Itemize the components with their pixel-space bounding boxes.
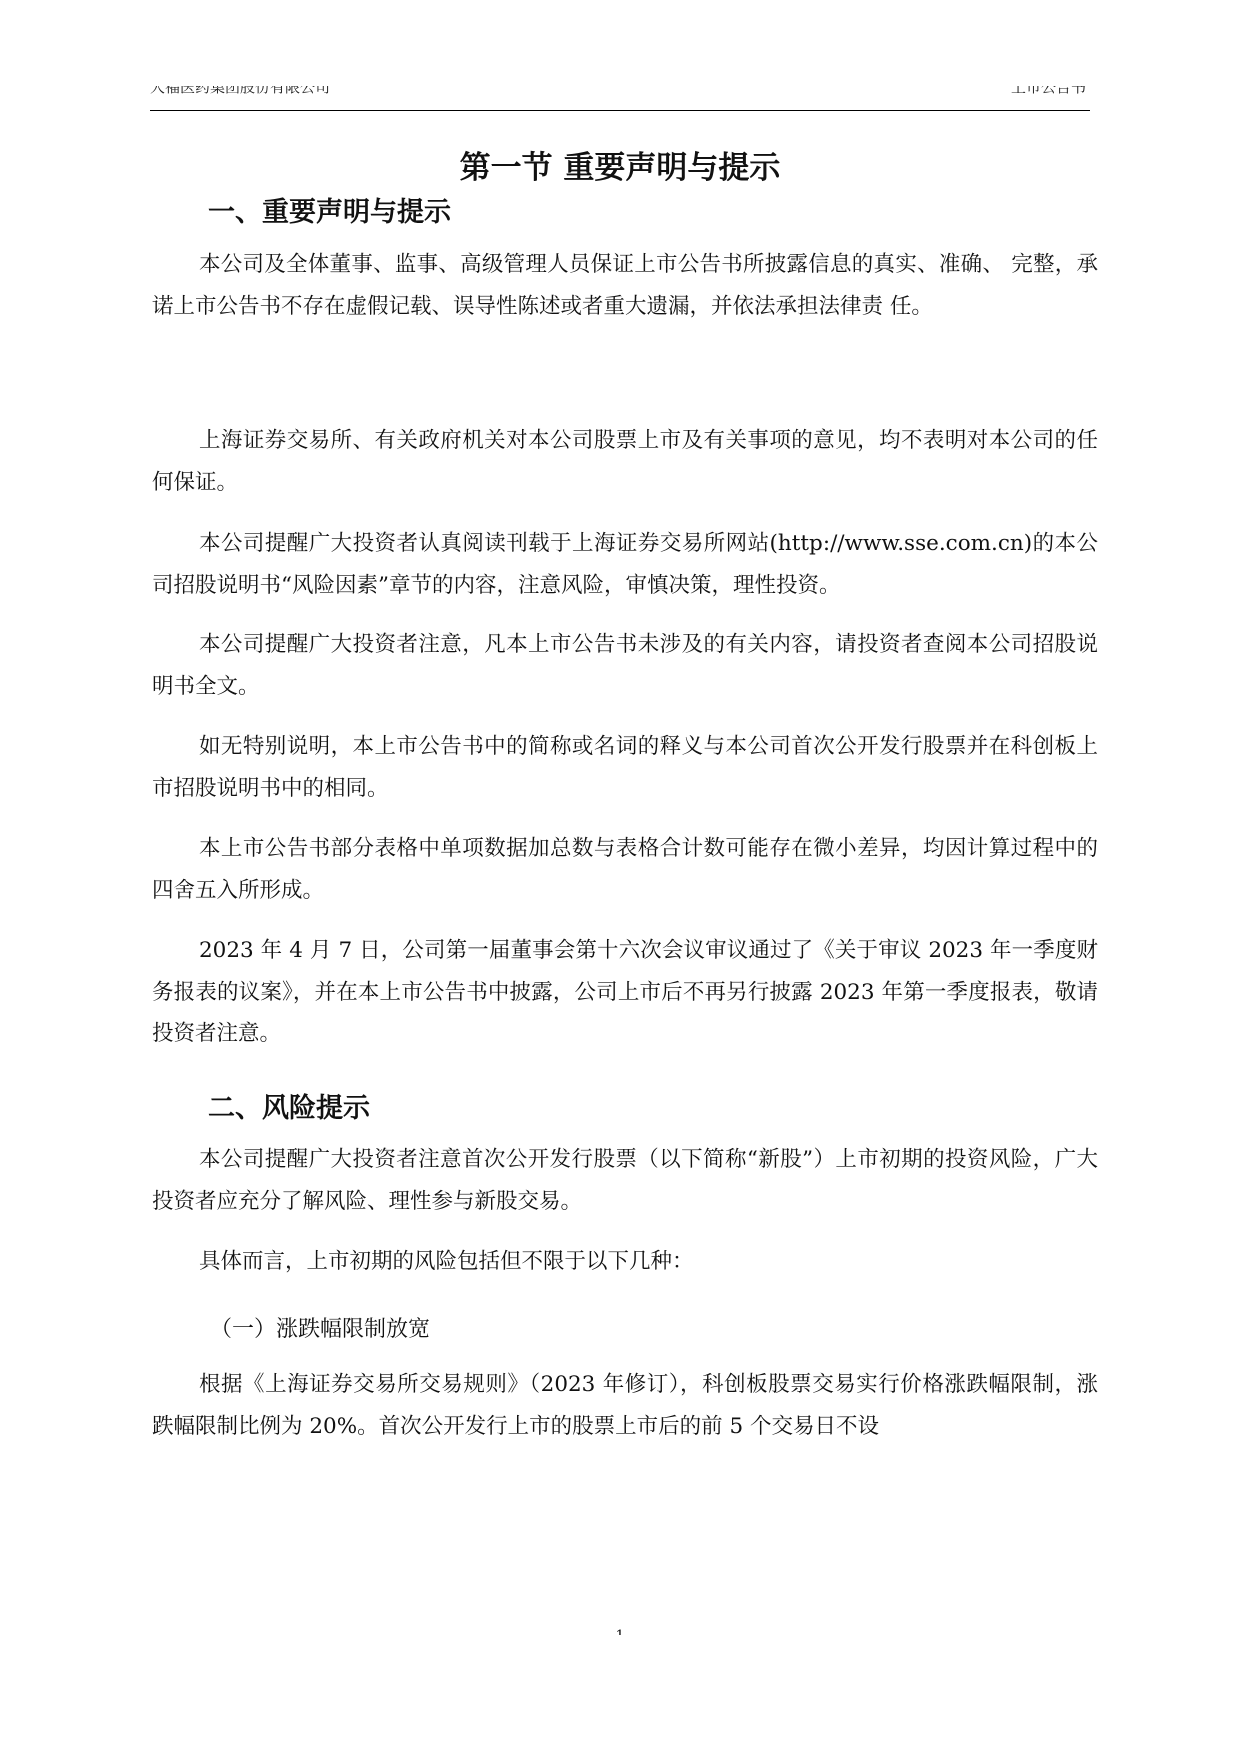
subsection-heading-price-limit: （一）涨跌幅限制放宽 xyxy=(210,1312,430,1343)
paragraph: 上海证券交易所、有关政府机关对本公司股票上市及有关事项的意见，均不表明对本公司的… xyxy=(152,420,1098,503)
paragraph: 本上市公告书部分表格中单项数据加总数与表格合计数可能存在微小差异，均因计算过程中… xyxy=(152,828,1098,911)
header-right-text: 上市公告书 xyxy=(1011,86,1086,100)
paragraph: 2023 年 4 月 7 日，公司第一届董事会第十六次会议审议通过了《关于审议 … xyxy=(152,930,1098,1055)
paragraph: 本公司提醒广大投资者认真阅读刊载于上海证券交易所网站(http://www.ss… xyxy=(152,523,1098,606)
paragraph: 具体而言，上市初期的风险包括但不限于以下几种： xyxy=(152,1241,1098,1283)
page-header: 人福医药集团股份有限公司 上市公告书 xyxy=(150,86,1090,111)
section-heading-risks: 二、风险提示 xyxy=(208,1086,370,1125)
paragraph: 本公司提醒广大投资者注意，凡本上市公告书未涉及的有关内容，请投资者查阅本公司招股… xyxy=(152,624,1098,707)
paragraph: 本公司提醒广大投资者注意首次公开发行股票（以下简称“新股”）上市初期的投资风险，… xyxy=(152,1139,1098,1222)
paragraph: 本公司及全体董事、监事、高级管理人员保证上市公告书所披露信息的真实、准确、 完整… xyxy=(152,244,1098,327)
paragraph: 根据《上海证券交易所交易规则》（2023 年修订），科创板股票交易实行价格涨跌幅… xyxy=(152,1364,1098,1447)
page-number: 1 xyxy=(0,1623,1240,1639)
paragraph: 如无特别说明，本上市公告书中的简称或名词的释义与本公司首次公开发行股票并在科创板… xyxy=(152,726,1098,809)
header-left-text: 人福医药集团股份有限公司 xyxy=(150,86,330,100)
chapter-title: 第一节 重要声明与提示 xyxy=(0,142,1240,187)
section-heading-declarations: 一、重要声明与提示 xyxy=(208,190,451,229)
